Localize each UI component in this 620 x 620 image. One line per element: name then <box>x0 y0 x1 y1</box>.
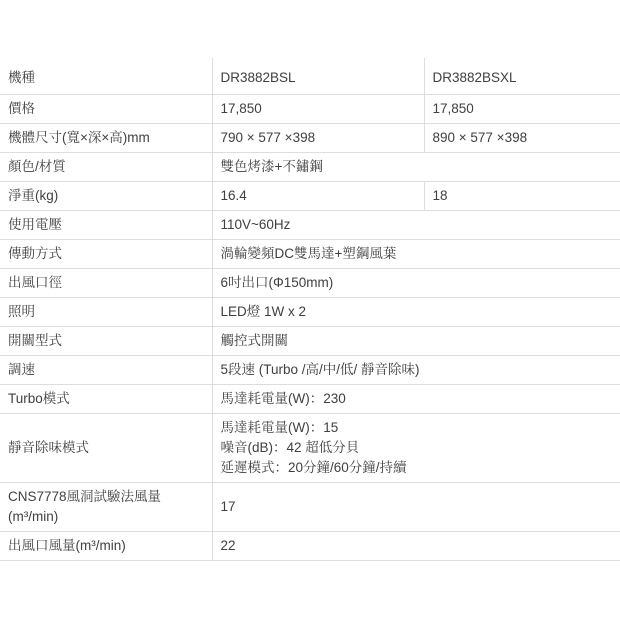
spec-value-model-2: 890 × 577 ×398 <box>424 124 620 153</box>
spec-value-line: 噪音(dB)：42 超低分貝 <box>221 438 613 458</box>
spec-value-model-1: DR3882BSL <box>212 58 424 95</box>
table-row-cns7778-airflow: CNS7778風洞試驗法風量 (m³/min) 17 <box>0 483 620 532</box>
spec-section: 機種 DR3882BSL DR3882BSXL 價格 17,850 17,850… <box>0 0 620 561</box>
spec-value-model-2: 17,850 <box>424 95 620 124</box>
table-row-drive-type: 傳動方式 渦輪變頻DC雙馬達+塑鋼風葉 <box>0 240 620 269</box>
table-row-outlet-diameter: 出風口徑 6吋出口(Φ150mm) <box>0 269 620 298</box>
spec-value-model-2: DR3882BSXL <box>424 58 620 95</box>
table-row-outlet-airflow: 出風口風量(m³/min) 22 <box>0 532 620 561</box>
spec-label: 照明 <box>0 298 212 327</box>
spec-label: 開關型式 <box>0 327 212 356</box>
spec-label: 機種 <box>0 58 212 95</box>
spec-value-model-1: 790 × 577 ×398 <box>212 124 424 153</box>
spec-value-model-1: 17,850 <box>212 95 424 124</box>
spec-label: 使用電壓 <box>0 211 212 240</box>
spec-value: LED燈 1W x 2 <box>212 298 620 327</box>
spec-label: 顏色/材質 <box>0 153 212 182</box>
spec-value-line: 延遲模式：20分鐘/60分鐘/持續 <box>221 458 613 478</box>
table-row-model: 機種 DR3882BSL DR3882BSXL <box>0 58 620 95</box>
table-row-turbo-mode: Turbo模式 馬達耗電量(W)：230 <box>0 385 620 414</box>
spec-value: 22 <box>212 532 620 561</box>
spec-value-model-1: 16.4 <box>212 182 424 211</box>
spec-label: CNS7778風洞試驗法風量 (m³/min) <box>0 483 212 532</box>
table-row-voltage: 使用電壓 110V~60Hz <box>0 211 620 240</box>
table-row-color-material: 顏色/材質 雙色烤漆+不鏽鋼 <box>0 153 620 182</box>
spec-label: Turbo模式 <box>0 385 212 414</box>
spec-value-line: 馬達耗電量(W)：15 <box>221 418 613 438</box>
spec-label: 價格 <box>0 95 212 124</box>
spec-label: 淨重(kg) <box>0 182 212 211</box>
spec-label: 調速 <box>0 356 212 385</box>
table-row-lighting: 照明 LED燈 1W x 2 <box>0 298 620 327</box>
spec-label: 出風口徑 <box>0 269 212 298</box>
spec-label: 出風口風量(m³/min) <box>0 532 212 561</box>
spec-value: 5段速 (Turbo /高/中/低/ 靜音除味) <box>212 356 620 385</box>
spec-value: 17 <box>212 483 620 532</box>
table-row-silent-deodorize-mode: 靜音除味模式 馬達耗電量(W)：15 噪音(dB)：42 超低分貝 延遲模式：2… <box>0 414 620 483</box>
spec-value: 渦輪變頻DC雙馬達+塑鋼風葉 <box>212 240 620 269</box>
spec-value: 雙色烤漆+不鏽鋼 <box>212 153 620 182</box>
spec-value: 110V~60Hz <box>212 211 620 240</box>
table-row-price: 價格 17,850 17,850 <box>0 95 620 124</box>
spec-table: 機種 DR3882BSL DR3882BSXL 價格 17,850 17,850… <box>0 58 620 561</box>
spec-label: 靜音除味模式 <box>0 414 212 483</box>
table-row-speed-settings: 調速 5段速 (Turbo /高/中/低/ 靜音除味) <box>0 356 620 385</box>
spec-value: 馬達耗電量(W)：230 <box>212 385 620 414</box>
spec-label: 機體尺寸(寬×深×高)mm <box>0 124 212 153</box>
spec-value: 觸控式開關 <box>212 327 620 356</box>
spec-value-model-2: 18 <box>424 182 620 211</box>
spec-value: 6吋出口(Φ150mm) <box>212 269 620 298</box>
table-row-switch-type: 開關型式 觸控式開關 <box>0 327 620 356</box>
spec-label: 傳動方式 <box>0 240 212 269</box>
table-row-net-weight: 淨重(kg) 16.4 18 <box>0 182 620 211</box>
spec-value-multiline: 馬達耗電量(W)：15 噪音(dB)：42 超低分貝 延遲模式：20分鐘/60分… <box>212 414 620 483</box>
table-row-dimensions: 機體尺寸(寬×深×高)mm 790 × 577 ×398 890 × 577 ×… <box>0 124 620 153</box>
